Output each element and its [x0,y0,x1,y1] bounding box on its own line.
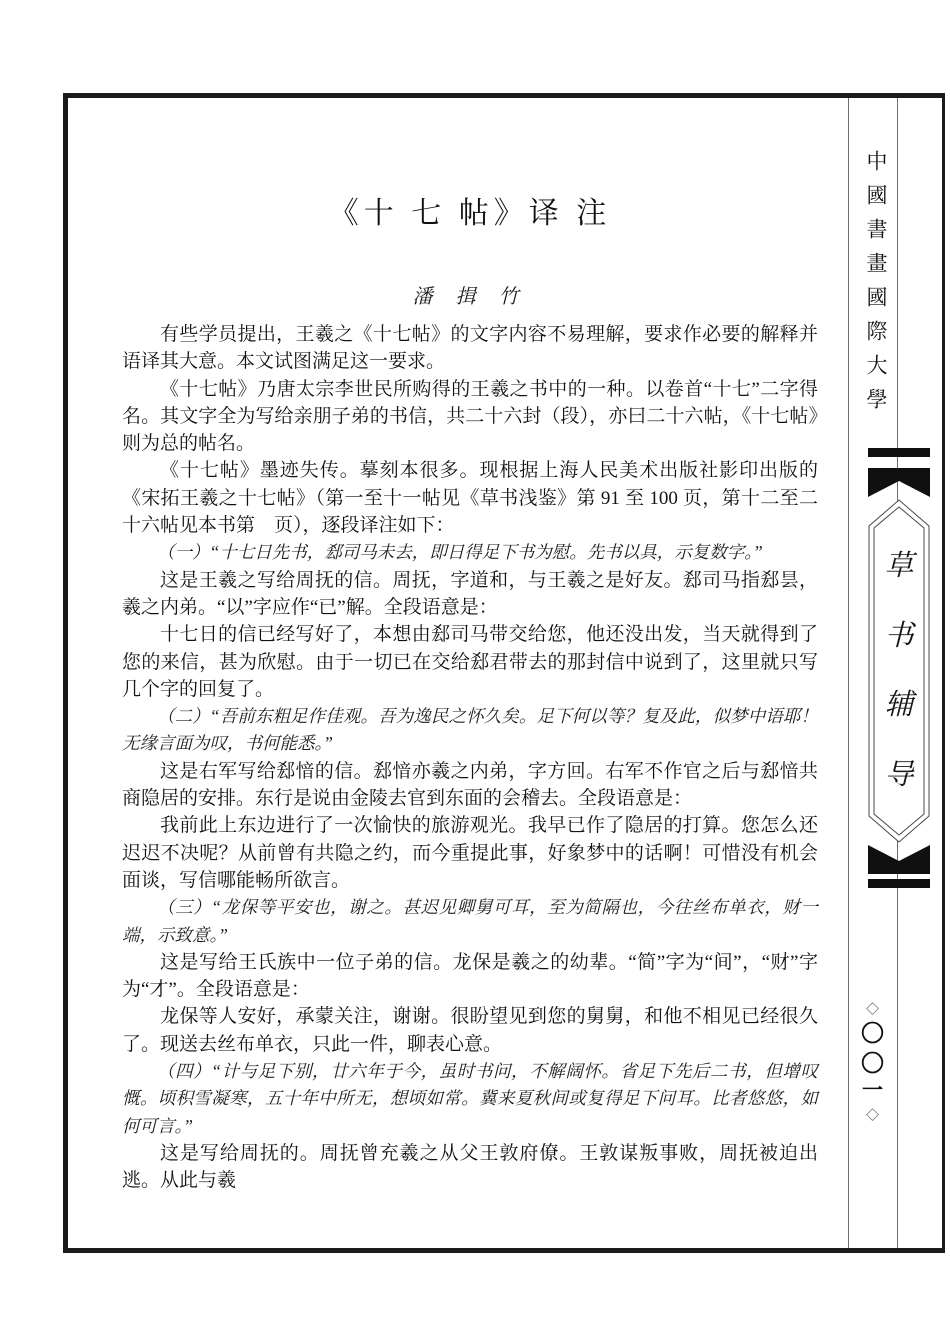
paragraph: 我前此上东边进行了一次愉快的旅游观光。我早已作了隐居的打算。您怎么还迟迟不决呢？… [122,812,818,894]
page-title: 《十 七 帖》译 注 [122,188,818,232]
banner-char: 书 [884,613,913,654]
paragraph: 这是右军写给郄愔的信。郄愔亦羲之内弟，字方回。右军不作官之后与郄愔共商隐居的安排… [122,758,818,813]
scanned-book-page: { "page": { "title": "《十 七 帖》译 注", "auth… [0,0,950,1344]
series-banner: 草 书 辅 导 [868,448,930,888]
quote-paragraph: （三）“龙保等平安也，谢之。甚迟见卿舅可耳，至为简隔也，今往丝布单衣，财一端，示… [122,894,818,949]
banner-char: 草 [884,543,913,584]
banner-bottom-rule [868,879,930,888]
paragraph: 十七日的信已经写好了，本想由郄司马带交给您，他还没出发，当天就得到了您的来信，甚… [122,621,818,703]
banner-hexagon-panel: 草 书 辅 导 [868,499,930,843]
paragraph: 这是写给周抚的。周抚曾充羲之从父王敦府僚。王敦谋叛事败，周抚被迫出逃。从此与羲 [122,1140,818,1195]
banner-title: 草 书 辅 导 [868,499,930,843]
body-text: 有些学员提出，王羲之《十七帖》的文字内容不易理解，要求作必要的解释并语译其大意。… [122,321,818,1195]
page-number: ◇ 〇 〇 一 ◇ [848,998,897,1125]
paragraph: 这是写给王氏族中一位子弟的信。龙保是羲之的幼辈。“简”字为“间”，“财”字为“才… [122,949,818,1004]
quote-paragraph: （二）“吾前东粗足作佳观。吾为逸民之怀久矣。足下何以等？复及此，似梦中语耶！无缘… [122,703,818,758]
quote-paragraph: （四）“计与足下别，廿六年于今，虽时书问，不解阔怀。省足下先后二书，但增叹慨。顷… [122,1058,818,1140]
paragraph: 有些学员提出，王羲之《十七帖》的文字内容不易理解，要求作必要的解释并语译其大意。… [122,321,818,376]
banner-bottom-ribbon-icon [868,845,930,874]
banner-top-ribbon-icon [868,468,930,497]
diamond-ornament-icon: ◇ [866,998,879,1018]
paragraph: 《十七帖》乃唐太宗李世民所购得的王羲之书中的一种。以卷首“十七”二字得名。其文字… [122,376,818,458]
page-number-digit: 一 [862,1080,883,1101]
diamond-ornament-icon: ◇ [866,1104,879,1124]
page-number-digit: 〇 [861,1051,884,1077]
banner-char: 导 [884,752,913,793]
paragraph: 《十七帖》墨迹失传。摹刻本很多。现根据上海人民美术出版社影印出版的《宋拓王羲之十… [122,457,818,539]
paragraph: 龙保等人安好，承蒙关注，谢谢。很盼望见到您的舅舅，和他不相见已经很久了。现送去丝… [122,1003,818,1058]
sidebar-university-name: 中國書畫國際大學 [861,150,891,422]
quote-paragraph: （一）“十七日先书，郄司马未去，即日得足下书为慰。先书以具，示复数字。” [122,539,818,566]
page-number-digit: 〇 [861,1021,884,1047]
paragraph: 这是王羲之写给周抚的信。周抚，字道和，与王羲之是好友。郄司马指郄昙，羲之内弟。“… [122,567,818,622]
author-name: 潘 揖 竹 [122,280,818,309]
banner-top-rule [868,448,930,457]
banner-char: 辅 [884,682,913,723]
